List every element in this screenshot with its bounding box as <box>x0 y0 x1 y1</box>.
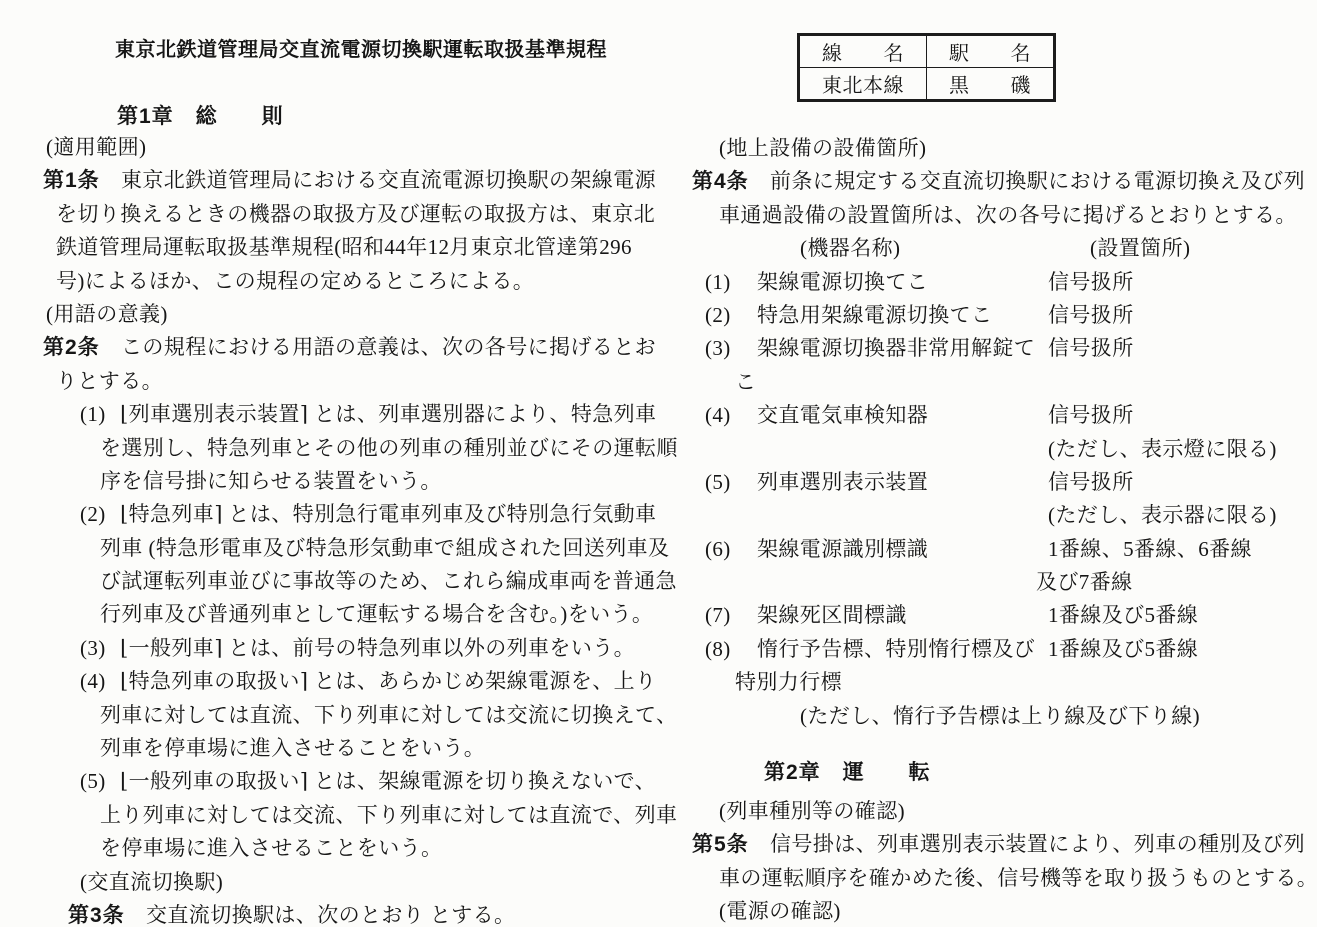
equipment-name: 架線死区間標識 <box>757 599 1048 632</box>
table-header-line-name: 線 名 <box>799 35 927 68</box>
equipment-location-proviso: (ただし、表示器に限る) <box>1048 499 1277 532</box>
definition-item-4-continuation: 列車に対しては直流、下り列車に対しては交流に切換えて、 <box>100 699 673 732</box>
left-column-body: (適用範囲) 第1条 東京北鉄道管理局における交直流電源切換駅の架線電源 を切り… <box>43 131 673 927</box>
article-4-continuation: 車通過設備の設置箇所は、次の各号に掲げるとおりとする。 <box>719 199 1304 232</box>
equipment-location-continuation: 及び7番線 <box>1036 566 1133 599</box>
equipment-name-header: (機器名称) <box>800 232 900 265</box>
equipment-location-proviso: (ただし、表示燈に限る) <box>1048 433 1277 466</box>
article-5-line: 第5条 信号掛は、列車選別表示装置により、列車の種別及び列 <box>692 828 1304 861</box>
equipment-row-3-continuation: こ <box>692 366 1304 399</box>
equipment-number: (6) <box>705 533 757 566</box>
equipment-number <box>705 499 757 532</box>
scanned-regulation-page: 東京北鉄道管理局交直流電源切換駅運転取扱基準規程 第1章 総 則 (適用範囲) … <box>0 0 1317 927</box>
chapter-1-heading: 第1章 総 則 <box>117 103 673 131</box>
article-2-number: 第2条 <box>43 331 121 364</box>
equipment-row-5: (5) 列車選別表示装置 信号扱所 <box>692 466 1304 499</box>
article-2-text: この規程における用語の意義は、次の各号に掲げるとお <box>121 331 656 364</box>
clause-label-switch-station: (交直流切換駅) <box>80 866 673 899</box>
table-value-row: 東北本線 黒 磯 <box>799 68 1055 101</box>
clause-label-scope: (適用範囲) <box>46 131 673 164</box>
article-5-number: 第5条 <box>692 828 770 861</box>
right-column-body: (地上設備の設備箇所) 第4条 前条に規定する交直流切換駅における電源切換え及び… <box>692 132 1304 927</box>
equipment-column-headers: (機器名称) (設置箇所) <box>692 232 1304 265</box>
equipment-row-3: (3) 架線電源切換器非常用解錠て 信号扱所 <box>692 332 1304 365</box>
definition-item-5-continuation: 上り列車に対しては交流、下り列車に対しては直流で、列車 <box>100 799 673 832</box>
equipment-place-header: (設置箇所) <box>1090 232 1190 265</box>
equipment-row-1: (1) 架線電源切換てこ 信号扱所 <box>692 266 1304 299</box>
article-4-text: 前条に規定する交直流切換駅における電源切換え及び列 <box>770 165 1305 198</box>
article-1-continuation: 鉄道管理局運転取扱基準規程(昭和44年12月東京北管達第296 <box>56 231 673 264</box>
equipment-name <box>757 499 1048 532</box>
equipment-location: 信号扱所 <box>1048 299 1134 332</box>
definition-item-2: (2) ⌊特急列車⌉ とは、特別急行電車列車及び特別急行気動車 <box>80 498 673 531</box>
table-header-station-name: 駅 名 <box>927 35 1055 68</box>
definition-item-1-continuation: を選別し、特急列車とその他の列車の種別並びにその運転順 <box>100 432 673 465</box>
equipment-location: 信号扱所 <box>1048 399 1134 432</box>
switch-station-table: 線 名 駅 名 東北本線 黒 磯 <box>797 33 1056 102</box>
definition-item-2-continuation: 列車 (特急形電車及び特急形気動車で組成された回送列車及 <box>100 532 673 565</box>
table-cell-line-value: 東北本線 <box>799 68 927 101</box>
equipment-number: (3) <box>705 332 757 365</box>
article-1-text: 東京北鉄道管理局における交直流電源切換駅の架線電源 <box>121 164 656 197</box>
equipment-name: 交直電気車検知器 <box>757 399 1048 432</box>
equipment-location: 1番線、5番線、6番線 <box>1048 533 1252 566</box>
article-3-number: 第3条 <box>68 899 146 927</box>
clause-label-terms: (用語の意義) <box>46 298 673 331</box>
equipment-location: 1番線及び5番線 <box>1048 599 1198 632</box>
equipment-row-8-continuation: 特別力行標 <box>692 666 1304 699</box>
equipment-name: 惰行予告標、特別惰行標及び <box>757 633 1048 666</box>
regulation-title: 東京北鉄道管理局交直流電源切換駅運転取扱基準規程 <box>115 36 673 64</box>
equipment-location: 信号扱所 <box>1048 266 1134 299</box>
article-1-number: 第1条 <box>43 164 121 197</box>
definition-item-3: (3) ⌊一般列車⌉ とは、前号の特急列車以外の列車をいう。 <box>80 632 673 665</box>
equipment-name: 特急用架線電源切換てこ <box>757 299 1048 332</box>
equipment-row-2: (2) 特急用架線電源切換てこ 信号扱所 <box>692 299 1304 332</box>
definition-item-2-continuation: び試運転列車並びに事故等のため、これら編成車両を普通急 <box>100 565 673 598</box>
equipment-name: 架線電源切換器非常用解錠て <box>757 332 1048 365</box>
equipment-number <box>705 566 757 599</box>
equipment-name: 架線電源切換てこ <box>757 266 1048 299</box>
definition-item-1-continuation: 序を信号掛に知らせる装置をいう。 <box>100 465 673 498</box>
article-3-text: 交直流切換駅は、次のとおり とする。 <box>146 899 515 927</box>
clause-label-ground-equipment: (地上設備の設備箇所) <box>719 132 1304 165</box>
equipment-row-8: (8) 惰行予告標、特別惰行標及び 1番線及び5番線 <box>692 633 1304 666</box>
table-cell-station-value: 黒 磯 <box>927 68 1055 101</box>
definition-item-1-number: (1) <box>80 398 120 431</box>
table-header-row: 線 名 駅 名 <box>799 35 1055 68</box>
article-5-text: 信号掛は、列車選別表示装置により、列車の種別及び列 <box>770 828 1305 861</box>
definition-item-2-text: ⌊特急列車⌉ とは、特別急行電車列車及び特別急行気動車 <box>120 498 656 531</box>
equipment-row-6: (6) 架線電源識別標識 1番線、5番線、6番線 <box>692 533 1304 566</box>
equipment-row-5-proviso: (ただし、表示器に限る) <box>692 499 1304 532</box>
equipment-name: こ <box>735 366 1026 399</box>
equipment-number: (2) <box>705 299 757 332</box>
article-1-continuation: を切り換えるときの機器の取扱方及び運転の取扱方は、東京北 <box>56 198 673 231</box>
equipment-number: (4) <box>705 399 757 432</box>
equipment-name <box>757 433 1048 466</box>
equipment-name <box>757 566 1048 599</box>
article-2-continuation: りとする。 <box>56 365 673 398</box>
definition-item-3-text: ⌊一般列車⌉ とは、前号の特急列車以外の列車をいう。 <box>120 632 635 665</box>
equipment-row-4-proviso: (ただし、表示燈に限る) <box>692 433 1304 466</box>
equipment-number: (5) <box>705 466 757 499</box>
definition-item-3-number: (3) <box>80 632 120 665</box>
equipment-location: 信号扱所 <box>1048 332 1134 365</box>
chapter-2-heading: 第2章 運 転 <box>764 756 1304 789</box>
definition-item-5-continuation: を停車場に進入させることをいう。 <box>100 832 673 865</box>
definition-item-2-number: (2) <box>80 498 120 531</box>
article-5-continuation: 車の運転順序を確かめた後、信号機等を取り扱うものとする。 <box>719 862 1304 895</box>
article-4-line: 第4条 前条に規定する交直流切換駅における電源切換え及び列 <box>692 165 1304 198</box>
definition-item-1-text: ⌊列車選別表示装置⌉ とは、列車選別器により、特急列車 <box>120 398 656 431</box>
definition-item-4: (4) ⌊特急列車の取扱い⌉ とは、あらかじめ架線電源を、上り <box>80 665 673 698</box>
definition-item-5: (5) ⌊一般列車の取扱い⌉ とは、架線電源を切り換えないで、 <box>80 765 673 798</box>
right-column: 線 名 駅 名 東北本線 黒 磯 (地上設備の設備箇所) 第4条 前条に規定する… <box>692 0 1304 927</box>
equipment-name: 列車選別表示装置 <box>757 466 1048 499</box>
article-3-line: 第3条 交直流切換駅は、次のとおり とする。 <box>68 899 673 927</box>
clause-label-train-type-confirm: (列車種別等の確認) <box>719 795 1304 828</box>
definition-item-5-number: (5) <box>80 765 120 798</box>
article-1-continuation: 号)によるほか、この規程の定めるところによる。 <box>56 265 673 298</box>
definition-item-1: (1) ⌊列車選別表示装置⌉ とは、列車選別器により、特急列車 <box>80 398 673 431</box>
definition-item-5-text: ⌊一般列車の取扱い⌉ とは、架線電源を切り換えないで、 <box>120 765 656 798</box>
equipment-row-6-continuation: 及び7番線 <box>692 566 1304 599</box>
equipment-number: (1) <box>705 266 757 299</box>
equipment-row-4: (4) 交直電気車検知器 信号扱所 <box>692 399 1304 432</box>
equipment-number: (8) <box>705 633 757 666</box>
equipment-number: (7) <box>705 599 757 632</box>
equipment-name: 特別力行標 <box>735 666 1026 699</box>
definition-item-4-text: ⌊特急列車の取扱い⌉ とは、あらかじめ架線電源を、上り <box>120 665 656 698</box>
equipment-location: 1番線及び5番線 <box>1048 633 1198 666</box>
equipment-row-7: (7) 架線死区間標識 1番線及び5番線 <box>692 599 1304 632</box>
article-2-line: 第2条 この規程における用語の意義は、次の各号に掲げるとお <box>43 331 673 364</box>
clause-label-power-confirm: (電源の確認) <box>719 895 1304 927</box>
article-1-line: 第1条 東京北鉄道管理局における交直流電源切換駅の架線電源 <box>43 164 673 197</box>
equipment-location: 信号扱所 <box>1048 466 1134 499</box>
left-column: 東京北鉄道管理局交直流電源切換駅運転取扱基準規程 第1章 総 則 (適用範囲) … <box>43 0 673 927</box>
equipment-number <box>705 433 757 466</box>
proviso-note: (ただし、惰行予告標は上り線及び下り線) <box>800 700 1304 733</box>
equipment-name: 架線電源識別標識 <box>757 533 1048 566</box>
definition-item-4-number: (4) <box>80 665 120 698</box>
article-4-number: 第4条 <box>692 165 770 198</box>
definition-item-2-continuation: 行列車及び普通列車として運転する場合を含む。)をいう。 <box>100 598 673 631</box>
definition-item-4-continuation: 列車を停車場に進入させることをいう。 <box>100 732 673 765</box>
